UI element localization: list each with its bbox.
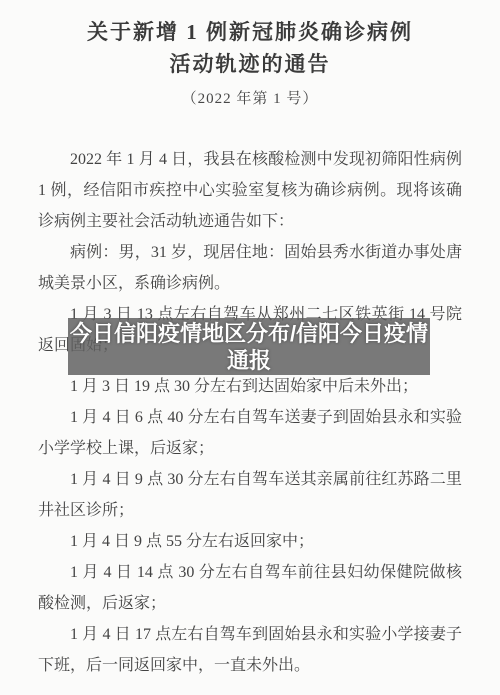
document-number: （2022 年第 1 号） bbox=[0, 87, 500, 108]
paragraph-track-4: 1 月 4 日 9 点 30 分左右自驾车送其亲属前往红苏路二里井社区诊所； bbox=[38, 464, 462, 526]
title-line-1: 关于新增 1 例新冠肺炎确诊病例 bbox=[0, 16, 500, 48]
paragraph-case-info: 病例：男，31 岁，现居住地：固始县秀水街道办事处唐城美景小区，系确诊病例。 bbox=[38, 237, 462, 299]
document-body: 2022 年 1 月 4 日，我县在核酸检测中发现初筛阳性病例 1 例，经信阳市… bbox=[38, 144, 462, 681]
document-title: 关于新增 1 例新冠肺炎确诊病例 活动轨迹的通告 bbox=[0, 0, 500, 80]
notice-document: 关于新增 1 例新冠肺炎确诊病例 活动轨迹的通告 （2022 年第 1 号） 2… bbox=[0, 0, 500, 695]
paragraph-track-5: 1 月 4 日 9 点 55 分左右返回家中； bbox=[38, 526, 462, 557]
title-line-2: 活动轨迹的通告 bbox=[0, 48, 500, 80]
paragraph-track-7: 1 月 4 日 17 点左右自驾车到固始县永和实验小学接妻子下班，后一同返回家中… bbox=[38, 619, 462, 681]
paragraph-intro: 2022 年 1 月 4 日，我县在核酸检测中发现初筛阳性病例 1 例，经信阳市… bbox=[38, 144, 462, 237]
paragraph-track-3: 1 月 4 日 6 点 40 分左右自驾车送妻子到固始县永和实验小学学校上课，后… bbox=[38, 402, 462, 464]
watermark-text: 今日信阳疫情地区分布/信阳今日疫情通报 bbox=[68, 320, 430, 374]
watermark-banner: 今日信阳疫情地区分布/信阳今日疫情通报 bbox=[68, 318, 430, 375]
paragraph-track-2: 1 月 3 日 19 点 30 分左右到达固始家中后未外出； bbox=[38, 371, 462, 402]
paragraph-track-6: 1 月 4 日 14 点 30 分左右自驾车前往县妇幼保健院做核酸检测，后返家； bbox=[38, 557, 462, 619]
